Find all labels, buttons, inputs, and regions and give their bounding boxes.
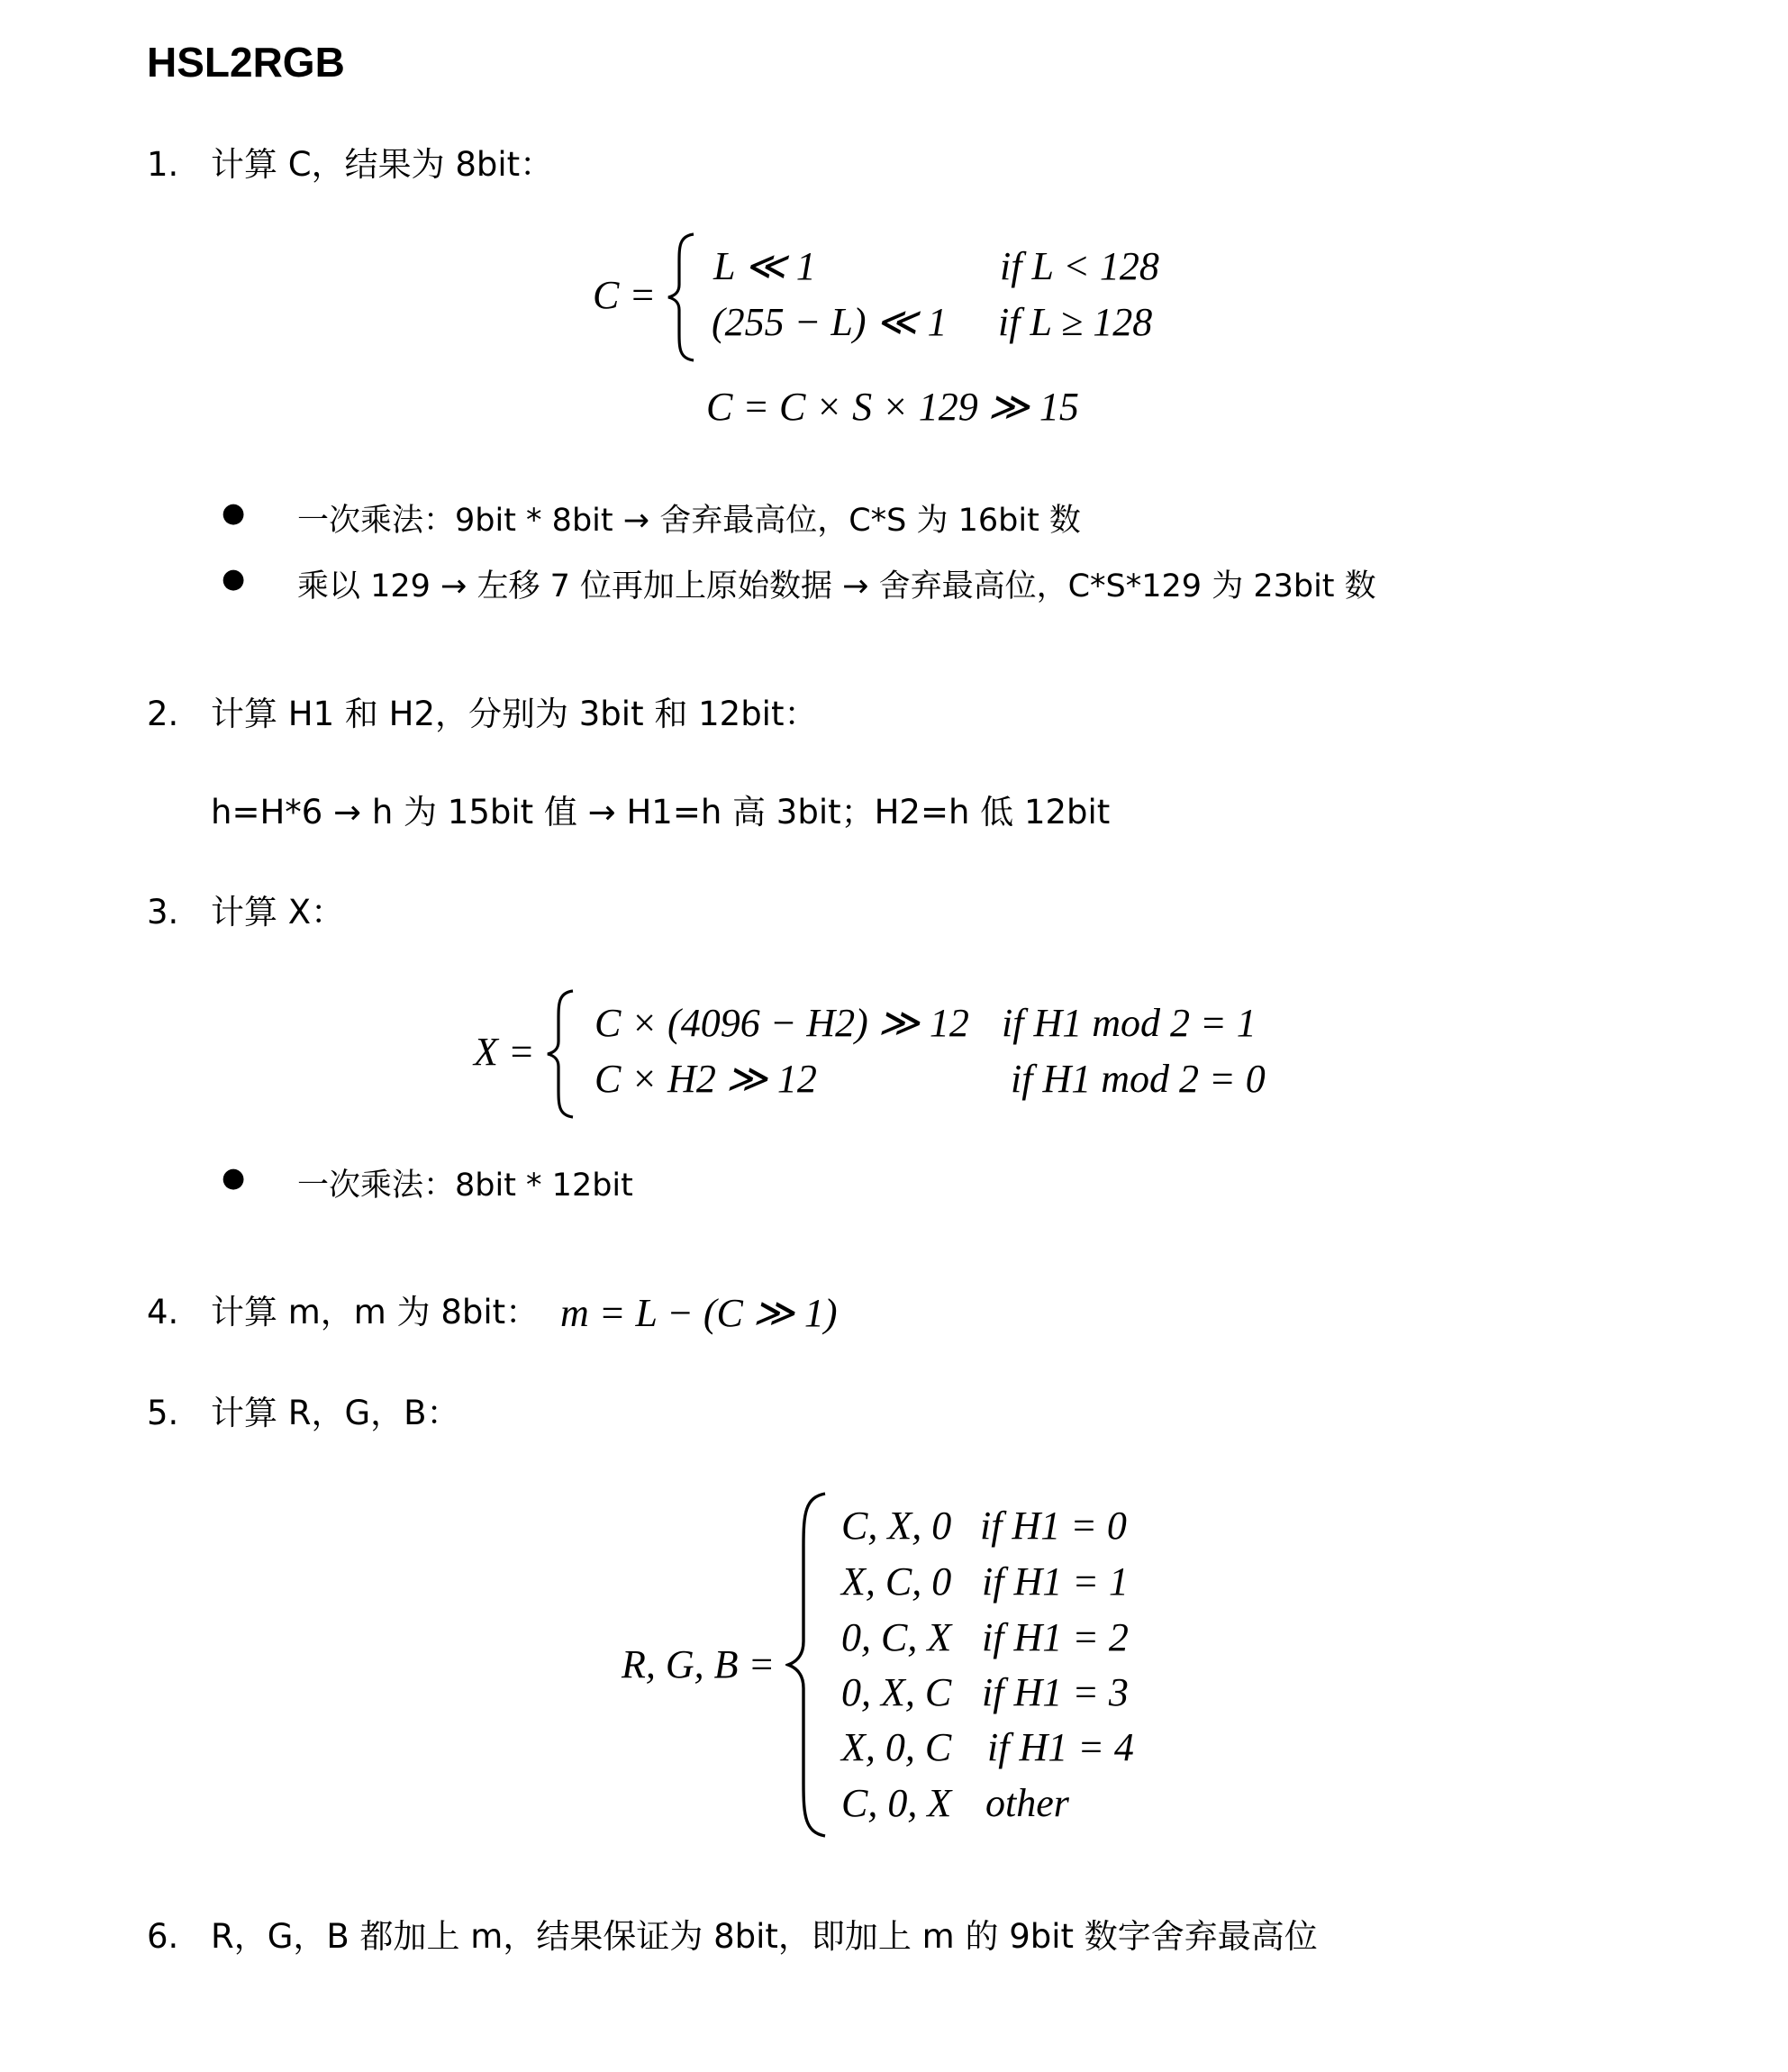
case-cond: if H1 = 3: [982, 1669, 1129, 1715]
case-expr: C, 0, X: [841, 1780, 951, 1826]
case-expr: 0, C, X: [841, 1614, 951, 1660]
formula-c-scale: C = C × S × 129 ≫ 15: [706, 384, 1079, 430]
step-number: 5.: [147, 1396, 178, 1430]
bullet-icon: ●: [222, 563, 245, 595]
step-detail: h=H*6 → h 为 15bit 值 → H1=h 高 3bit；H2=h 低…: [211, 795, 1110, 829]
case-expr: X, C, 0: [841, 1559, 951, 1604]
step-text: 计算 C，结果为 8bit：: [211, 148, 553, 181]
case-cond: if H1 = 1: [982, 1559, 1129, 1604]
case-cond: if H1 mod 2 = 0: [1011, 1056, 1266, 1102]
step-text: R，G，B 都加上 m，结果保证为 8bit，即加上 m 的 9bit 数字舍弃…: [211, 1920, 1318, 1953]
case-cond: if H1 = 0: [980, 1503, 1127, 1549]
left-brace-icon: [667, 232, 697, 362]
page-title: HSL2RGB: [147, 38, 345, 86]
case-cond: if L ≥ 128: [998, 299, 1152, 345]
bullet-icon: ●: [222, 497, 245, 529]
formula-lhs: R, G, B =: [622, 1641, 775, 1687]
case-cond: other: [985, 1780, 1069, 1826]
case-cond: if H1 mod 2 = 1: [1002, 1000, 1257, 1046]
step-number: 3.: [147, 895, 178, 929]
case-expr: L ≪ 1: [713, 243, 816, 289]
step-text: 计算 H1 和 H2，分别为 3bit 和 12bit：: [211, 697, 817, 731]
bullet-text: 乘以 129 → 左移 7 位再加上原始数据 → 舍弃最高位，C*S*129 为…: [297, 561, 1376, 606]
bullet-icon: ●: [222, 1162, 245, 1194]
bullet-text: 一次乘法：8bit * 12bit: [297, 1160, 633, 1205]
step-text: 计算 R，G，B：: [211, 1396, 460, 1430]
step-text: 计算 X：: [211, 895, 344, 929]
case-expr: (255 − L) ≪ 1: [712, 299, 948, 345]
formula-m: m = L − (C ≫ 1): [560, 1290, 838, 1336]
case-cond: if L < 128: [1000, 243, 1159, 289]
step-number: 6.: [147, 1920, 178, 1953]
step-text: 计算 m，m 为 8bit：: [211, 1295, 539, 1329]
step-number: 2.: [147, 697, 178, 731]
case-expr: C, X, 0: [841, 1503, 951, 1549]
formula-lhs: C =: [593, 272, 656, 318]
case-cond: if H1 = 2: [982, 1614, 1129, 1660]
step-number: 1.: [147, 148, 178, 181]
left-brace-icon: [546, 989, 576, 1119]
formula-lhs: X =: [474, 1029, 535, 1075]
case-expr: C × (4096 − H2) ≫ 12: [594, 1000, 969, 1046]
bullet-text: 一次乘法：9bit * 8bit → 舍弃最高位，C*S 为 16bit 数: [297, 495, 1081, 541]
step-number: 4.: [147, 1295, 178, 1329]
case-cond: if H1 = 4: [987, 1724, 1134, 1770]
case-expr: 0, X, C: [841, 1669, 951, 1715]
case-expr: C × H2 ≫ 12: [594, 1056, 817, 1102]
left-brace-icon: [785, 1492, 829, 1838]
case-expr: X, 0, C: [841, 1724, 951, 1770]
